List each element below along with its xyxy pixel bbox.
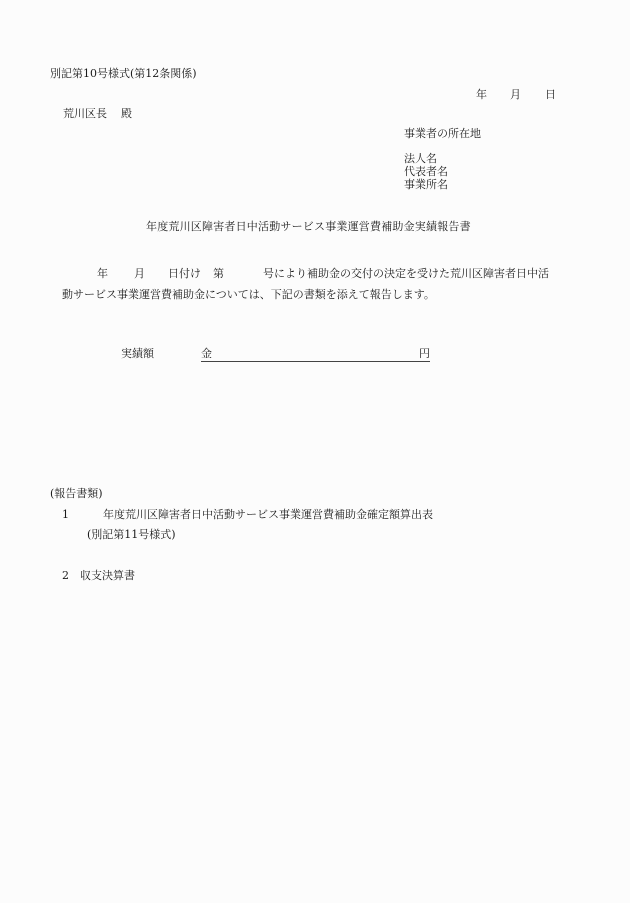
- applicant-block: 法人名 代表者名 事業所名: [404, 152, 448, 191]
- corporation-name-label: 法人名: [404, 152, 448, 165]
- body-year: 年: [97, 268, 108, 279]
- report-item-subtext: (別記第11号様式): [87, 529, 176, 540]
- report-item-number: 2: [62, 570, 69, 581]
- report-item-text: 収支決算書: [80, 570, 135, 581]
- body-number-prefix: 第: [213, 268, 224, 279]
- report-item-text: 年度荒川区障害者日中活動サービス事業運営費補助金確定額算出表: [103, 509, 433, 520]
- amount-suffix: 円: [419, 348, 430, 359]
- amount-field: 金 円: [201, 348, 430, 362]
- amount-prefix: 金: [201, 348, 212, 359]
- date-day-label: 日: [545, 89, 556, 100]
- applicant-address-label: 事業者の所在地: [404, 128, 481, 139]
- representative-name-label: 代表者名: [404, 165, 448, 178]
- form-identifier: 別記第10号様式(第12条関係): [50, 68, 197, 79]
- date-month-label: 月: [510, 89, 521, 100]
- reports-heading: (報告書類): [50, 488, 103, 499]
- date-year-label: 年: [476, 89, 487, 100]
- body-line1-rest: 号により補助金の交付の決定を受けた荒川区障害者日中活: [263, 268, 549, 279]
- addressee-name: 荒川区長: [63, 107, 107, 120]
- office-name-label: 事業所名: [404, 178, 448, 191]
- addressee: 荒川区長殿: [63, 108, 132, 119]
- document-title: 年度荒川区障害者日中活動サービス事業運営費補助金実績報告書: [146, 221, 471, 232]
- report-item-number: 1: [62, 509, 69, 520]
- body-line2: 動サービス事業運営費補助金については、下記の書類を添えて報告します。: [62, 289, 435, 300]
- amount-label: 実績額: [121, 348, 154, 359]
- body-dated: 日付け: [168, 268, 201, 279]
- addressee-honorific: 殿: [121, 107, 132, 120]
- body-month: 月: [134, 268, 145, 279]
